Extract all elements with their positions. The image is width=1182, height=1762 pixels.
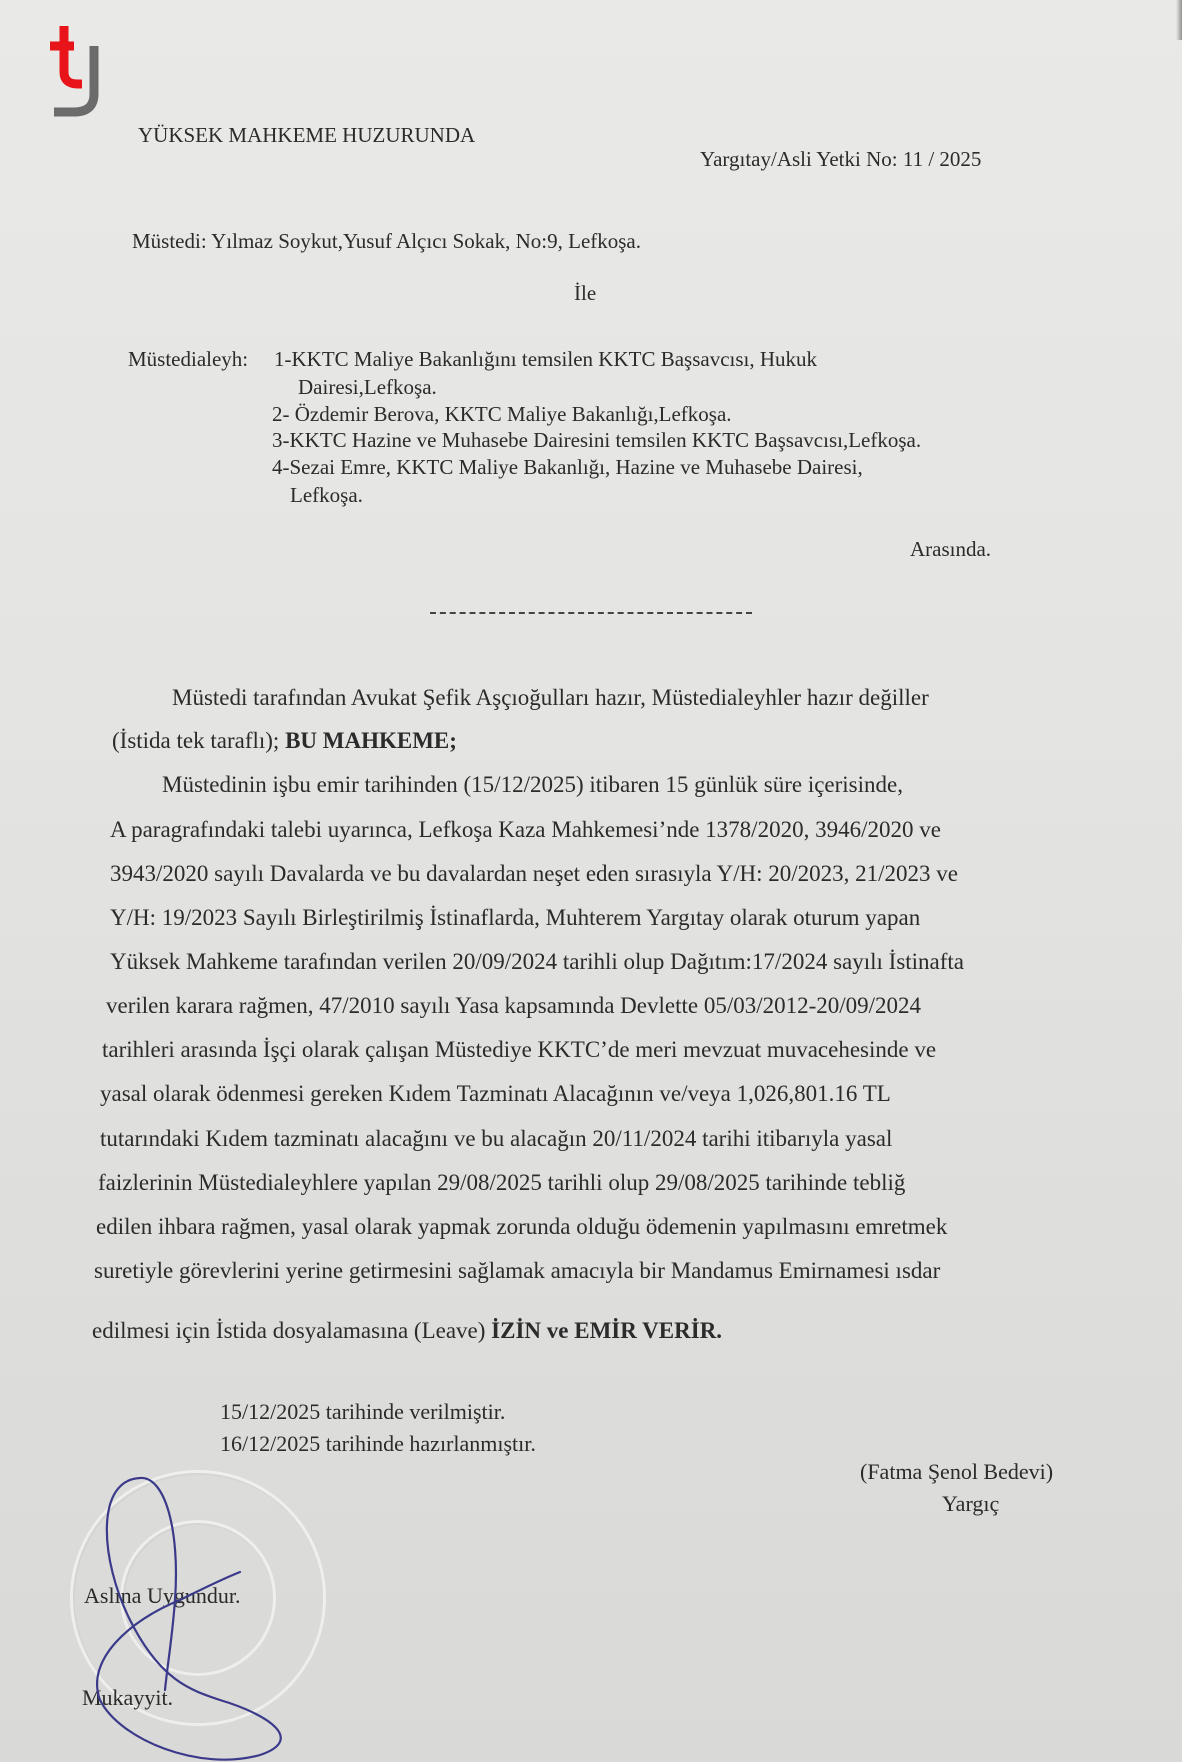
signature-icon — [0, 0, 1182, 1762]
document-page: YÜKSEK MAHKEME HUZURUNDA Yargıtay/Asli Y… — [0, 0, 1182, 1762]
